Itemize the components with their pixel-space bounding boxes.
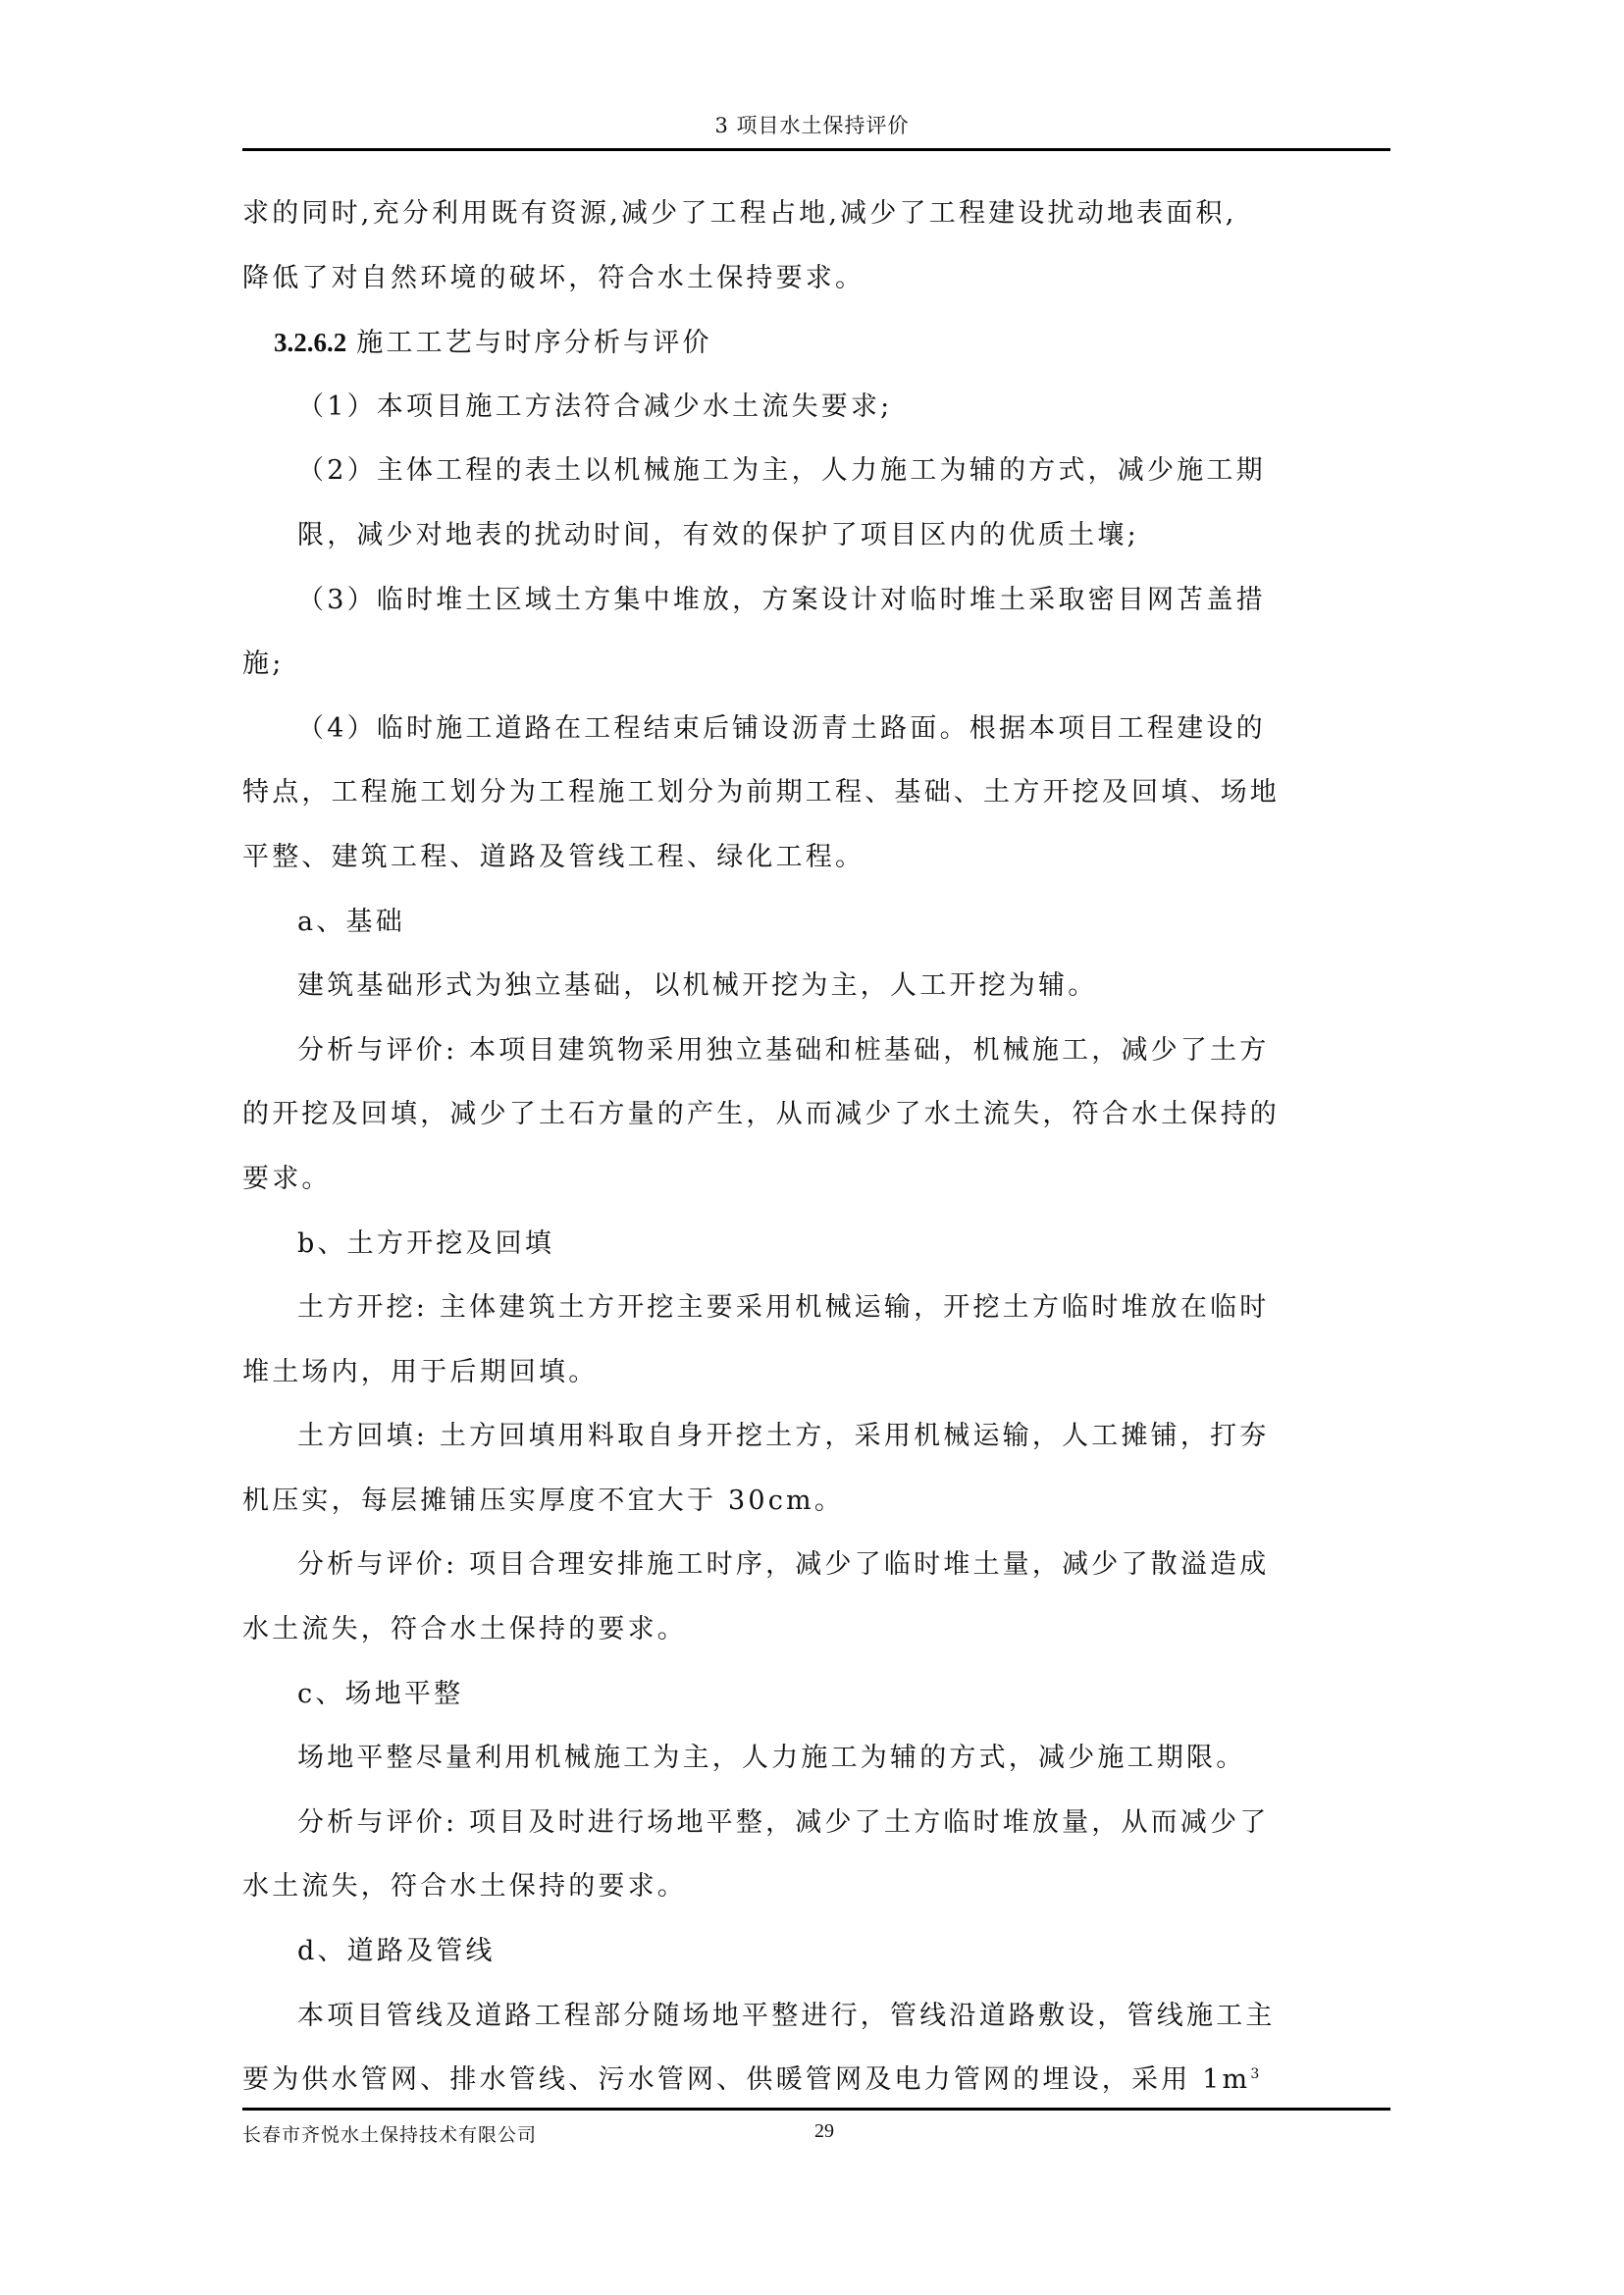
header-divider [242, 148, 1390, 151]
list-item: （3）临时堆土区域土方集中堆放，方案设计对临时堆土采取密目网苫盖措 [242, 581, 1390, 646]
paragraph-line: 要为供水管网、排水管线、污水管网、供暖管网及电力管网的埋设，采用 1m3 [242, 2060, 1390, 2125]
list-item: （2）主体工程的表土以机械施工为主，人力施工为辅的方式，减少施工期 [242, 451, 1390, 516]
section-number: 3.2.6.2 [274, 328, 346, 357]
running-header: 3 项目水土保持评价 [0, 110, 1624, 139]
section-heading: 3.2.6.2施工工艺与时序分析与评价 [242, 323, 1390, 388]
paragraph-line: 堆土场内，用于后期回填。 [242, 1353, 1390, 1418]
list-item-continuation: 施; [242, 645, 1390, 709]
list-item: （1）本项目施工方法符合减少水土流失要求; [242, 388, 1390, 452]
list-item-continuation: 限，减少对地表的扰动时间，有效的保护了项目区内的优质土壤; [242, 516, 1390, 581]
footer-divider [242, 2108, 1390, 2111]
paragraph-line: 分析与评价: 项目及时进行场地平整，减少了土方临时堆放量，从而减少了 [242, 1803, 1390, 1868]
paragraph-line: 平整、建筑工程、道路及管线工程、绿化工程。 [242, 838, 1390, 903]
paragraph-line: 土方开挖: 主体建筑土方开挖主要采用机械运输，开挖土方临时堆放在临时 [242, 1288, 1390, 1353]
paragraph-line: 求的同时,充分利用既有资源,减少了工程占地,减少了工程建设扰动地表面积, [242, 194, 1390, 259]
subsection-heading: a、基础 [242, 903, 1390, 967]
document-body: 求的同时,充分利用既有资源,减少了工程占地,减少了工程建设扰动地表面积, 降低了… [242, 194, 1390, 2125]
subsection-heading: c、场地平整 [242, 1675, 1390, 1740]
paragraph-line: 特点，工程施工划分为工程施工划分为前期工程、基础、土方开挖及回填、场地 [242, 773, 1390, 838]
paragraph-line: 场地平整尽量利用机械施工为主，人力施工为辅的方式，减少施工期限。 [242, 1739, 1390, 1803]
footer-company-name: 长春市齐悦水土保持技术有限公司 [242, 2120, 537, 2147]
section-title: 施工工艺与时序分析与评价 [356, 328, 711, 358]
line-text: 要为供水管网、排水管线、污水管网、供暖管网及电力管网的埋设，采用 1m [242, 2064, 1250, 2095]
list-item: （4）临时施工道路在工程结束后铺设沥青土路面。根据本项目工程建设的 [242, 709, 1390, 774]
paragraph-line: 本项目管线及道路工程部分随场地平整进行，管线沿道路敷设，管线施工主 [242, 1997, 1390, 2061]
paragraph-line: 分析与评价: 项目合理安排施工时序，减少了临时堆土量，减少了散溢造成 [242, 1545, 1390, 1610]
paragraph-line: 水土流失，符合水土保持的要求。 [242, 1867, 1390, 1932]
paragraph-line: 机压实，每层摊铺压实厚度不宜大于 30cm。 [242, 1482, 1390, 1546]
paragraph-line: 分析与评价: 本项目建筑物采用独立基础和桩基础，机械施工，减少了土方 [242, 1031, 1390, 1096]
paragraph-line: 的开挖及回填，减少了土石方量的产生，从而减少了水土流失，符合水土保持的 [242, 1095, 1390, 1160]
page-number: 29 [814, 2120, 834, 2143]
subsection-heading: b、土方开挖及回填 [242, 1225, 1390, 1289]
paragraph-line: 降低了对自然环境的破坏，符合水土保持要求。 [242, 259, 1390, 324]
paragraph-line: 土方回填: 土方回填用料取自身开挖土方，采用机械运输，人工摊铺，打夯 [242, 1417, 1390, 1482]
paragraph-line: 水土流失，符合水土保持的要求。 [242, 1610, 1390, 1675]
paragraph-line: 建筑基础形式为独立基础，以机械开挖为主，人工开挖为辅。 [242, 966, 1390, 1031]
subsection-heading: d、道路及管线 [242, 1932, 1390, 1997]
paragraph-line: 要求。 [242, 1160, 1390, 1225]
superscript: 3 [1250, 2066, 1262, 2082]
